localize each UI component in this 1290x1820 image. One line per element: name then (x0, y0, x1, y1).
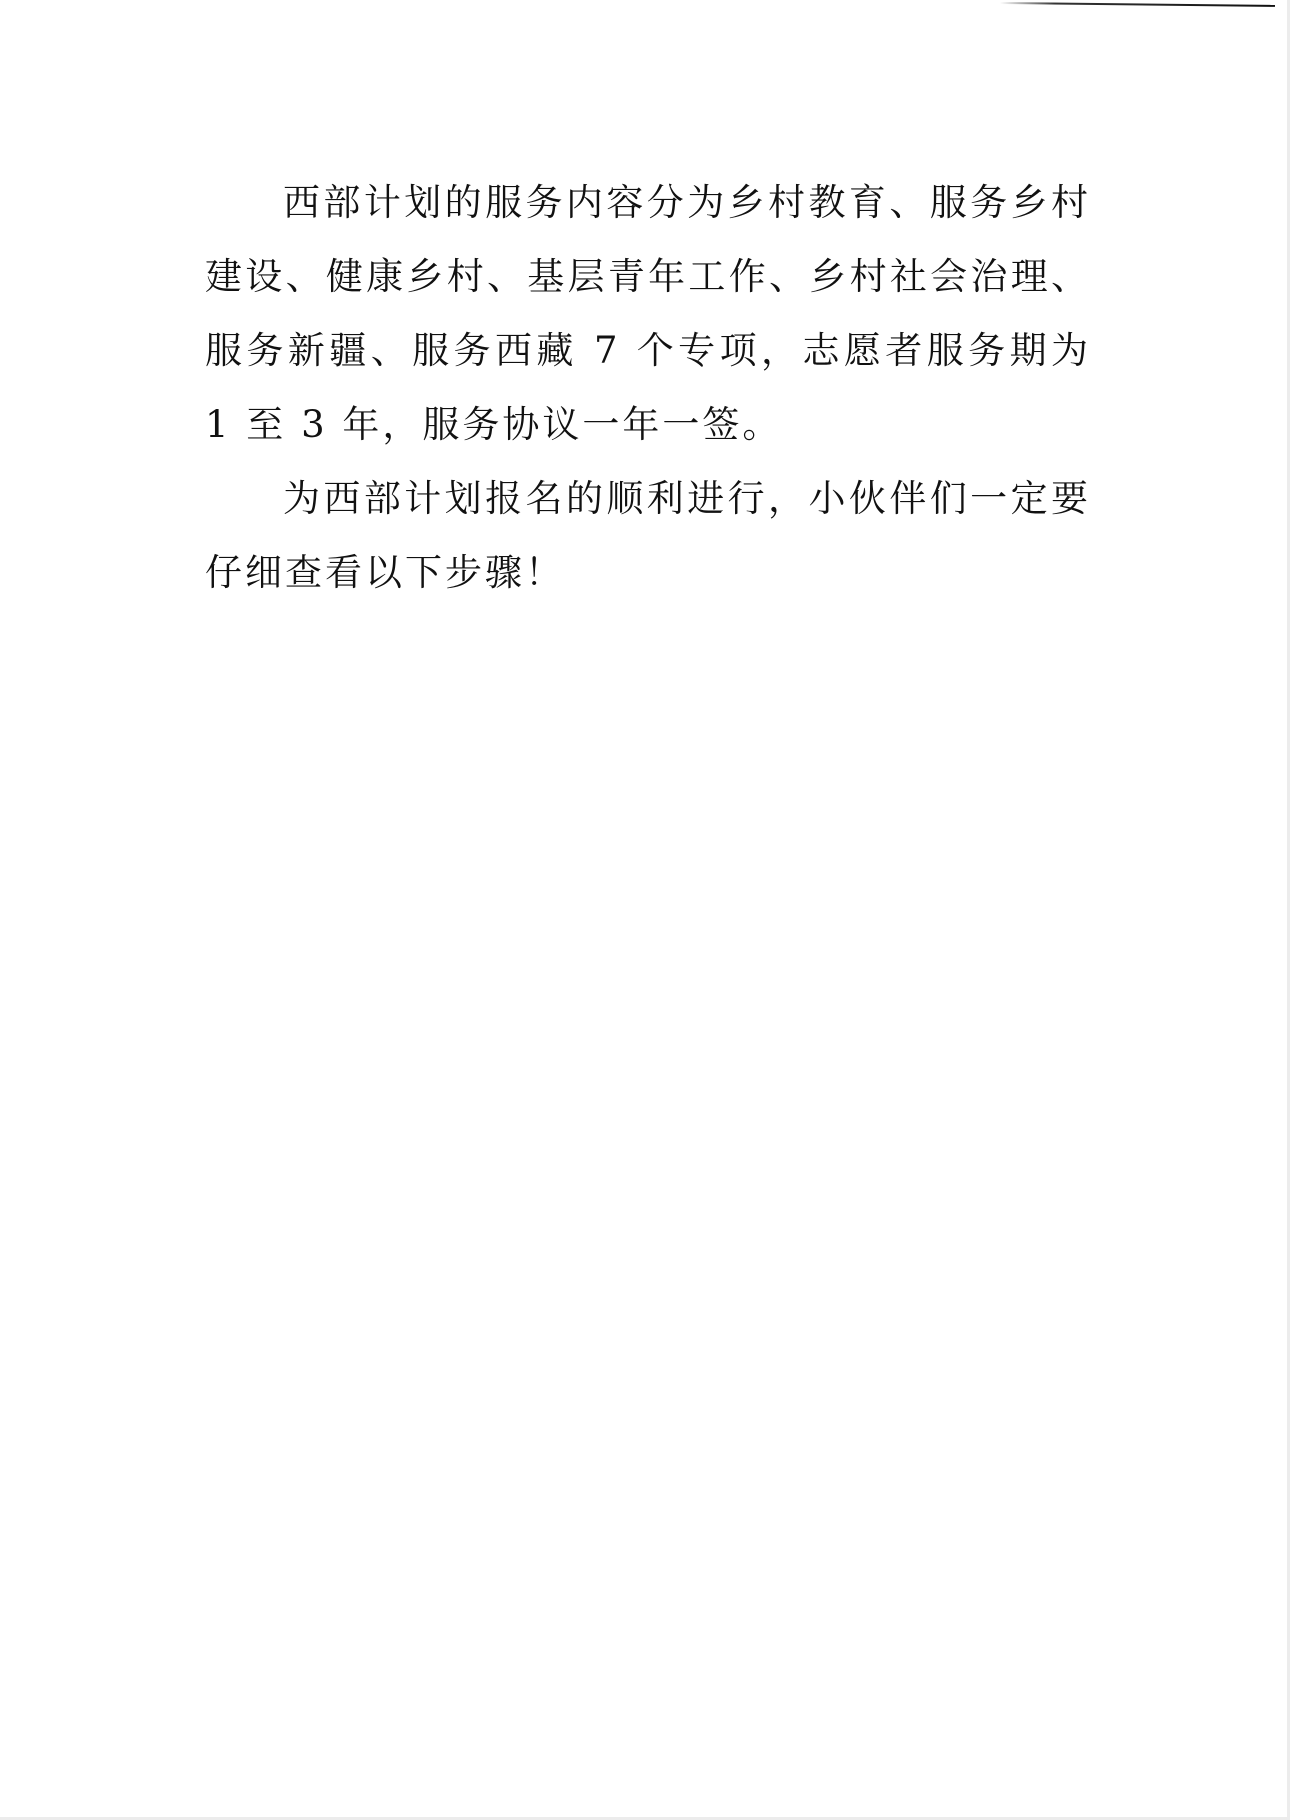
document-body: 西部计划的服务内容分为乡村教育、服务乡村建设、健康乡村、基层青年工作、乡村社会治… (205, 166, 1091, 610)
header-rule-line (1000, 2, 1275, 7)
document-page: 西部计划的服务内容分为乡村教育、服务乡村建设、健康乡村、基层青年工作、乡村社会治… (0, 0, 1290, 1820)
paragraph-registration-steps: 为西部计划报名的顺利进行，小伙伴们一定要仔细查看以下步骤！ (205, 462, 1091, 610)
paragraph-service-content: 西部计划的服务内容分为乡村教育、服务乡村建设、健康乡村、基层青年工作、乡村社会治… (205, 166, 1091, 462)
